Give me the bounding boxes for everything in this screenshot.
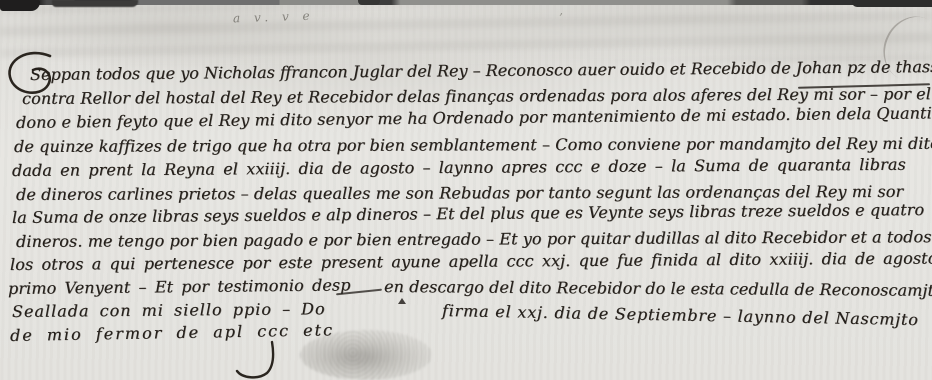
manuscript-line-9: los otros a qui pertenesce por este pres… (10, 250, 932, 273)
scan-edge-dash (358, 0, 380, 5)
manuscript-line-1: Seppan todos que yo Nicholas ffrancon Ju… (30, 59, 932, 83)
manuscript-line-7: la Suma de onze libras seys sueldos e al… (12, 202, 924, 226)
scan-edge-corner-left (0, 0, 40, 11)
manuscript-line-6: de dineros carlines prietos – delas quea… (16, 184, 903, 203)
manuscript-line-11-left: Seallada con mi siello ppio – Do (12, 301, 326, 320)
manuscript-line-10-right: en descargo del dito Recebidor do le est… (384, 279, 932, 299)
scan-edge-corner-right (852, 0, 932, 7)
manuscript-line-4: de quinze kaffizes de trigo que ha otra … (14, 136, 932, 155)
manuscript-line-11-right: firma el xxj. dia de Septiembre – laynno… (442, 303, 919, 328)
manuscript-line-8: dineros. me tengo por bien pagado e por … (16, 229, 932, 250)
scan-edge-band (0, 0, 932, 5)
paper-shading (0, 5, 932, 61)
manuscript-line-10-left: primo Venyent – Et por testimonio desp (8, 277, 351, 297)
descender-flourish (232, 340, 312, 380)
manuscript-line-3: dono e bien feyto que el Rey mi dito sen… (16, 105, 932, 131)
faint-ink-mark: ’ (559, 12, 563, 24)
manuscript-photo: a v. v e ’ Seppan todos que yo Nicholas … (0, 0, 932, 380)
manuscript-line-5: dada en prent la Reyna el xxiiij. dia de… (12, 157, 906, 179)
scan-edge-smudge (52, 0, 138, 7)
insertion-caret-mark (398, 298, 406, 304)
archival-notation: a v. v e (233, 10, 315, 25)
